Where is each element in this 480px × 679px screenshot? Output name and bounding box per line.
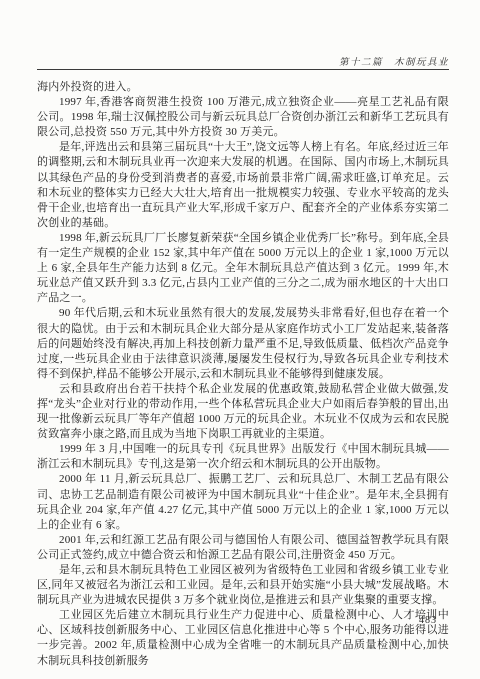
paragraph: 2000 年 11 月,新云玩具总厂、振鹏工艺厂、云和玩具总厂、木制工艺品有限公… (37, 472, 449, 532)
running-header: 第十二篇 木制玩具业 (37, 54, 449, 68)
paragraph: 1997 年,香港客商贺港生投资 100 万港元,成立独资企业——亮星工艺礼品有… (37, 95, 449, 140)
paragraph: 90 年代后期,云和木玩业虽然有很大的发展,发展势头非常看好,但也存在着一个很大… (37, 306, 449, 381)
paragraph: 2001 年,云和红源工艺品有限公司与德国怡人有限公司、德国益智教学玩具有限公司… (37, 533, 449, 563)
paragraph: 工业园区先后建立木制玩具行业生产力促进中心、质量检测中心、人才培训中心、区域科技… (37, 608, 449, 668)
paragraph: 1998 年,新云玩具厂厂长廖复新荣获“全国乡镇企业优秀厂长”称号。到年底,全县… (37, 231, 449, 306)
paragraph: 是年,云和县木制玩具特色工业园区被列为省级特色工业园和省级乡镇工业专业区,同年又… (37, 563, 449, 608)
paragraph: 1999 年 3 月,中国唯一的玩具专刊《玩具世界》出版发行《中国木制玩具城——… (37, 442, 449, 472)
paragraph: 海内外投资的进入。 (37, 80, 449, 95)
book-page: 第十二篇 木制玩具业 海内外投资的进入。 1997 年,香港客商贺港生投资 10… (0, 0, 480, 679)
page-body: 海内外投资的进入。 1997 年,香港客商贺港生投资 100 万港元,成立独资企… (37, 80, 449, 669)
paragraph: 云和县政府出台若干扶持个私企业发展的优惠政策,鼓励私营企业做大做强,发挥“龙头”… (37, 382, 449, 442)
header-divider (37, 69, 449, 70)
page-number: 483 (408, 615, 448, 626)
paragraph: 是年,评选出云和县第三届玩具“十大王”,饶文远等人榜上有名。年底,经过近三年的调… (37, 140, 449, 231)
